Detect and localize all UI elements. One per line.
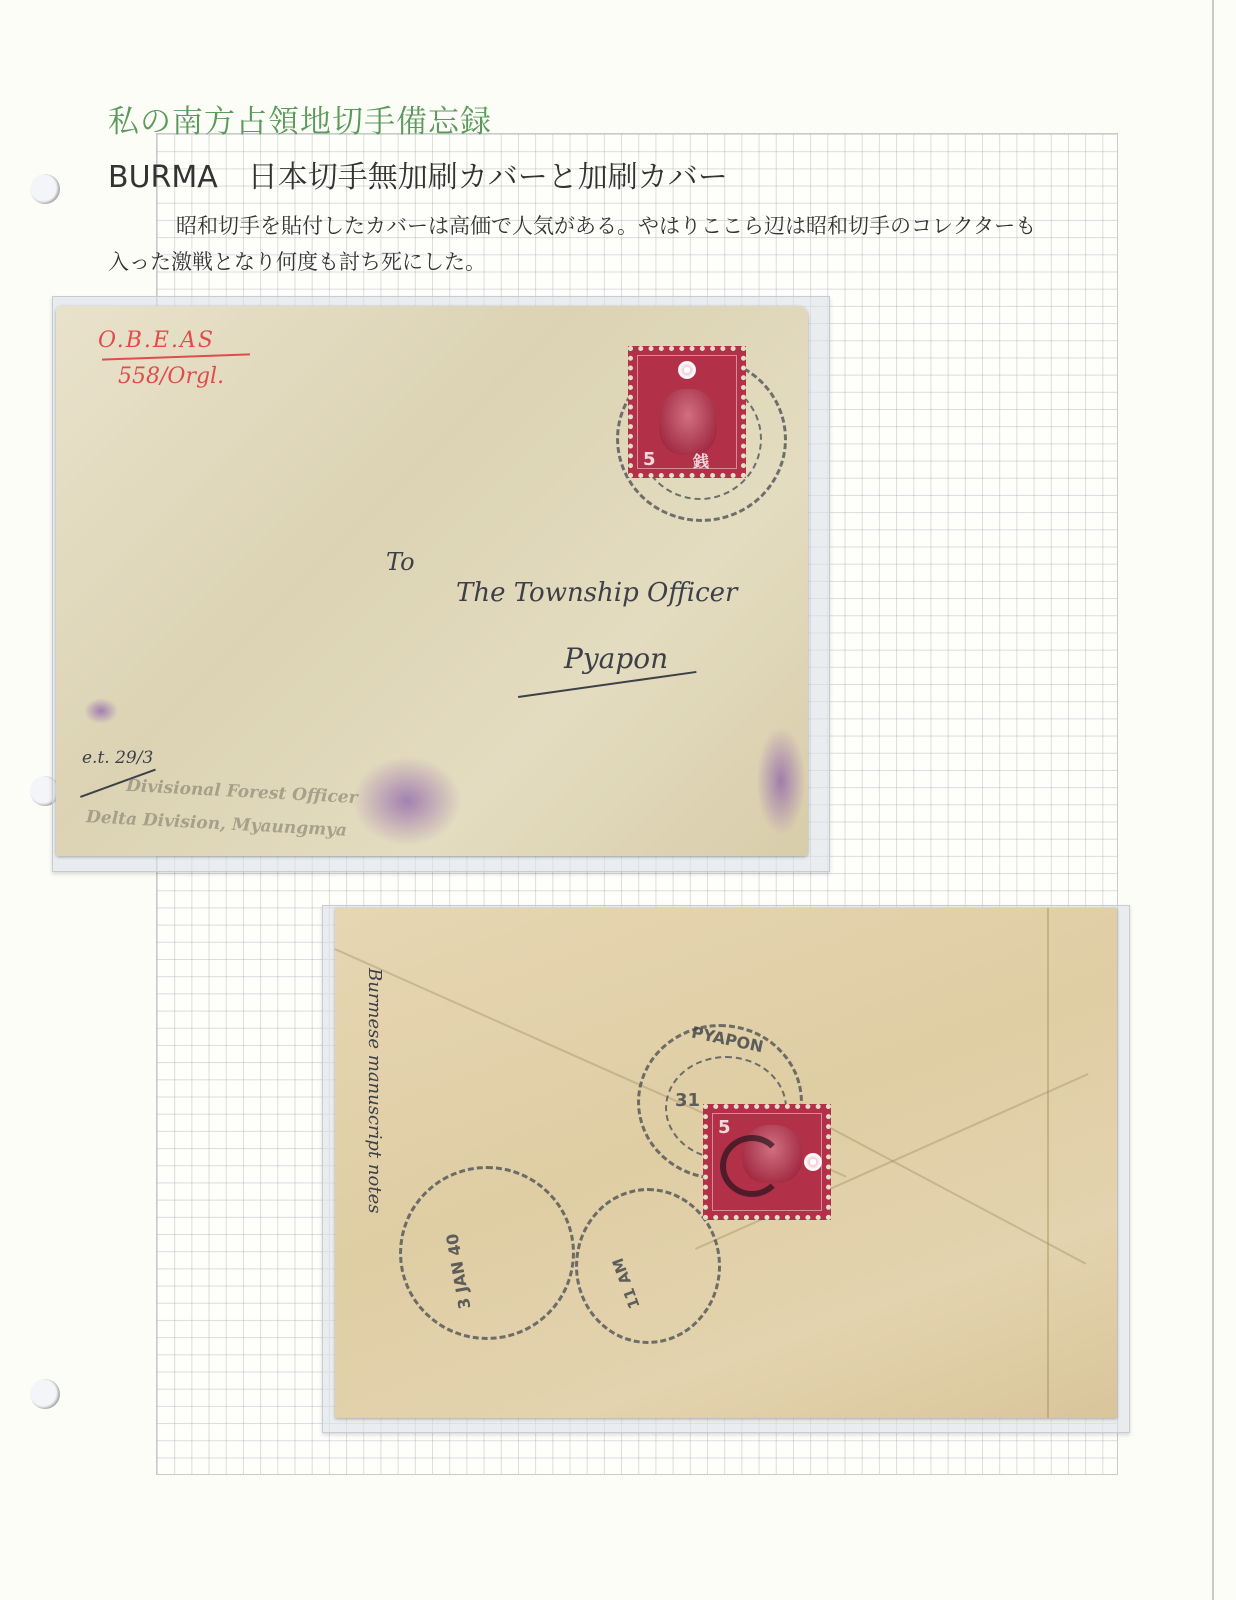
address-line2: Pyapon — [564, 642, 668, 675]
chrysanthemum-icon — [804, 1153, 822, 1171]
stamp-portrait — [659, 389, 717, 455]
back-stamp: 5 — [703, 1104, 831, 1220]
printed-sender-line1: Divisional Forest Officer — [126, 776, 358, 808]
pyapon-postmark-date: 31 — [675, 1090, 700, 1111]
binder-hole-bottom — [30, 1379, 60, 1409]
red-underline — [102, 353, 250, 360]
page-title: BURMA 日本切手無加刷カバーと加刷カバー — [108, 152, 728, 196]
printed-sender-line2: Delta Division, Myaungmya — [86, 807, 348, 841]
page-edge — [1212, 0, 1214, 1600]
stamp-value: 5 — [643, 449, 656, 470]
violet-ink-spot — [84, 698, 118, 724]
stamp-value: 5 — [718, 1117, 731, 1138]
address-line1: The Township Officer — [456, 578, 737, 608]
flap-fold — [1047, 908, 1049, 1418]
address-underline — [518, 671, 697, 698]
red-manuscript-line1: O.B.E.AS — [98, 328, 215, 353]
description-text: 昭和切手を貼付したカバーは高価で人気がある。やはりここら辺は昭和切手のコレクター… — [108, 208, 1048, 280]
docket-note: e.t. 29/3 — [82, 748, 153, 768]
series-title: 私の南方占領地切手備忘録 — [108, 96, 492, 141]
stamp-denomination: 銭 — [693, 449, 709, 472]
front-stamp: 5 銭 — [628, 346, 746, 478]
overprint-mark — [720, 1135, 784, 1197]
back-cover: Burmese manuscript notes PYAPON 31 3 JAN… — [335, 908, 1117, 1418]
transit-postmark-right — [575, 1188, 721, 1344]
front-cover: O.B.E.AS 558/Orgl. 5 銭 To The Township O… — [56, 306, 808, 856]
chrysanthemum-icon — [678, 361, 696, 379]
violet-ink-smudge-right — [756, 726, 806, 836]
red-manuscript-line2: 558/Orgl. — [118, 364, 224, 389]
address-to: To — [386, 548, 415, 576]
transit-postmark-left — [399, 1166, 575, 1340]
violet-ink-smudge — [352, 756, 462, 846]
manuscript-note: Burmese manuscript notes — [364, 968, 385, 1213]
binder-hole-top — [30, 174, 60, 204]
